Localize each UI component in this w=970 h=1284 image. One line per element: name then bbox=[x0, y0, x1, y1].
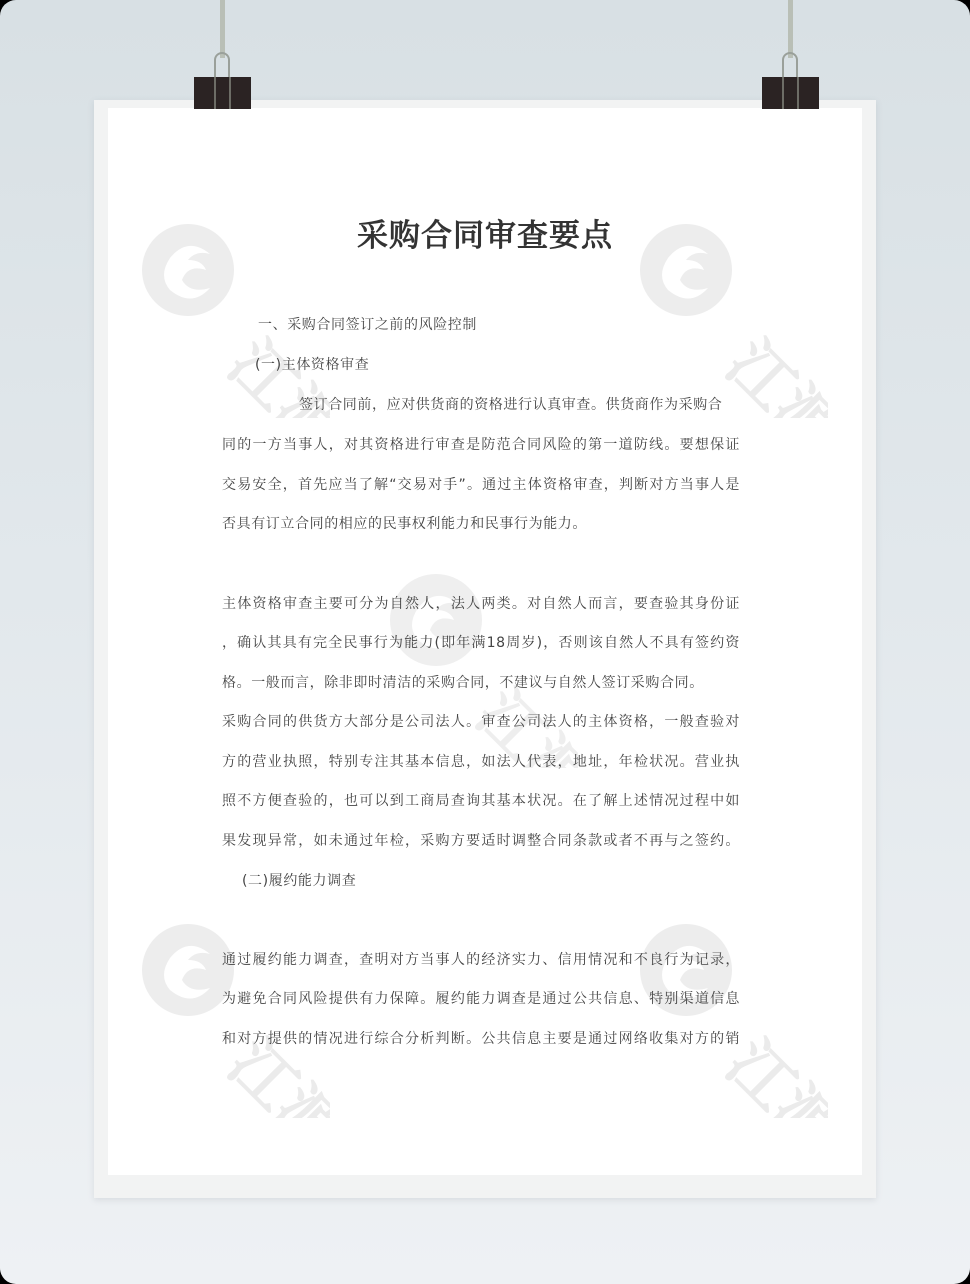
paragraph-line: ，确认其具有完全民事行为能力(即年满18周岁)，否则该自然人不具有签约资 bbox=[222, 632, 740, 652]
paragraph-line: 果发现异常，如未通过年检，采购方要适时调整合同条款或者不再与之签约。 bbox=[222, 830, 740, 850]
subsection-heading: (二)履约能力调查 bbox=[242, 870, 356, 890]
paragraph-line: 同的一方当事人，对其资格进行审查是防范合同风险的第一道防线。要想保证 bbox=[222, 434, 740, 454]
section-heading: 一、采购合同签订之前的风险控制 bbox=[258, 314, 477, 334]
document-title: 采购合同审查要点 bbox=[108, 210, 862, 255]
paragraph-line: 交易安全，首先应当了解“交易对手”。通过主体资格审查，判断对方当事人是 bbox=[222, 474, 740, 494]
paragraph-line: 格。一般而言，除非即时清洁的采购合同，不建议与自然人签订采购合同。 bbox=[222, 672, 704, 692]
paragraph-line: 方的营业执照，特别专注其基本信息，如法人代表，地址，年检状况。营业执 bbox=[222, 751, 740, 771]
paragraph-line: 采购合同的供货方大部分是公司法人。审查公司法人的主体资格，一般查验对 bbox=[222, 711, 740, 731]
svg-text:江源: 江源 bbox=[712, 327, 828, 418]
paragraph-line: 主体资格审查主要可分为自然人，法人两类。对自然人而言，要查验其身份证 bbox=[222, 593, 740, 613]
hanging-wire-right bbox=[788, 0, 793, 58]
hanging-wire-left bbox=[220, 0, 225, 58]
clip-handle-right-icon bbox=[782, 52, 798, 78]
binder-clip-right-icon bbox=[762, 77, 819, 109]
subsection-heading: (一)主体资格审查 bbox=[255, 354, 369, 374]
paragraph-line: 和对方提供的情况进行综合分析判断。公共信息主要是通过网络收集对方的销 bbox=[222, 1028, 740, 1048]
watermark-logo-icon: 江源 bbox=[628, 918, 828, 1118]
binder-clip-left-icon bbox=[194, 77, 251, 109]
document-page: 江源 江源 江源 江源 bbox=[108, 108, 862, 1175]
paragraph-line: 照不方便查验的，也可以到工商局查询其基本状况。在了解上述情况过程中如 bbox=[222, 790, 740, 810]
watermark-logo-icon: 江源 bbox=[130, 918, 330, 1118]
paragraph-line: 否具有订立合同的相应的民事权利能力和民事行为能力。 bbox=[222, 513, 587, 533]
paragraph-line: 通过履约能力调查，查明对方当事人的经济实力、信用情况和不良行为记录， bbox=[222, 949, 740, 969]
clip-handle-left-icon bbox=[214, 52, 230, 78]
paragraph-line: 为避免合同风险提供有力保障。履约能力调查是通过公共信息、特别渠道信息 bbox=[222, 988, 740, 1008]
paragraph-line: 签订合同前，应对供货商的资格进行认真审查。供货商作为采购合 bbox=[299, 394, 722, 414]
poster-background: 江源 江源 江源 江源 bbox=[0, 0, 970, 1284]
